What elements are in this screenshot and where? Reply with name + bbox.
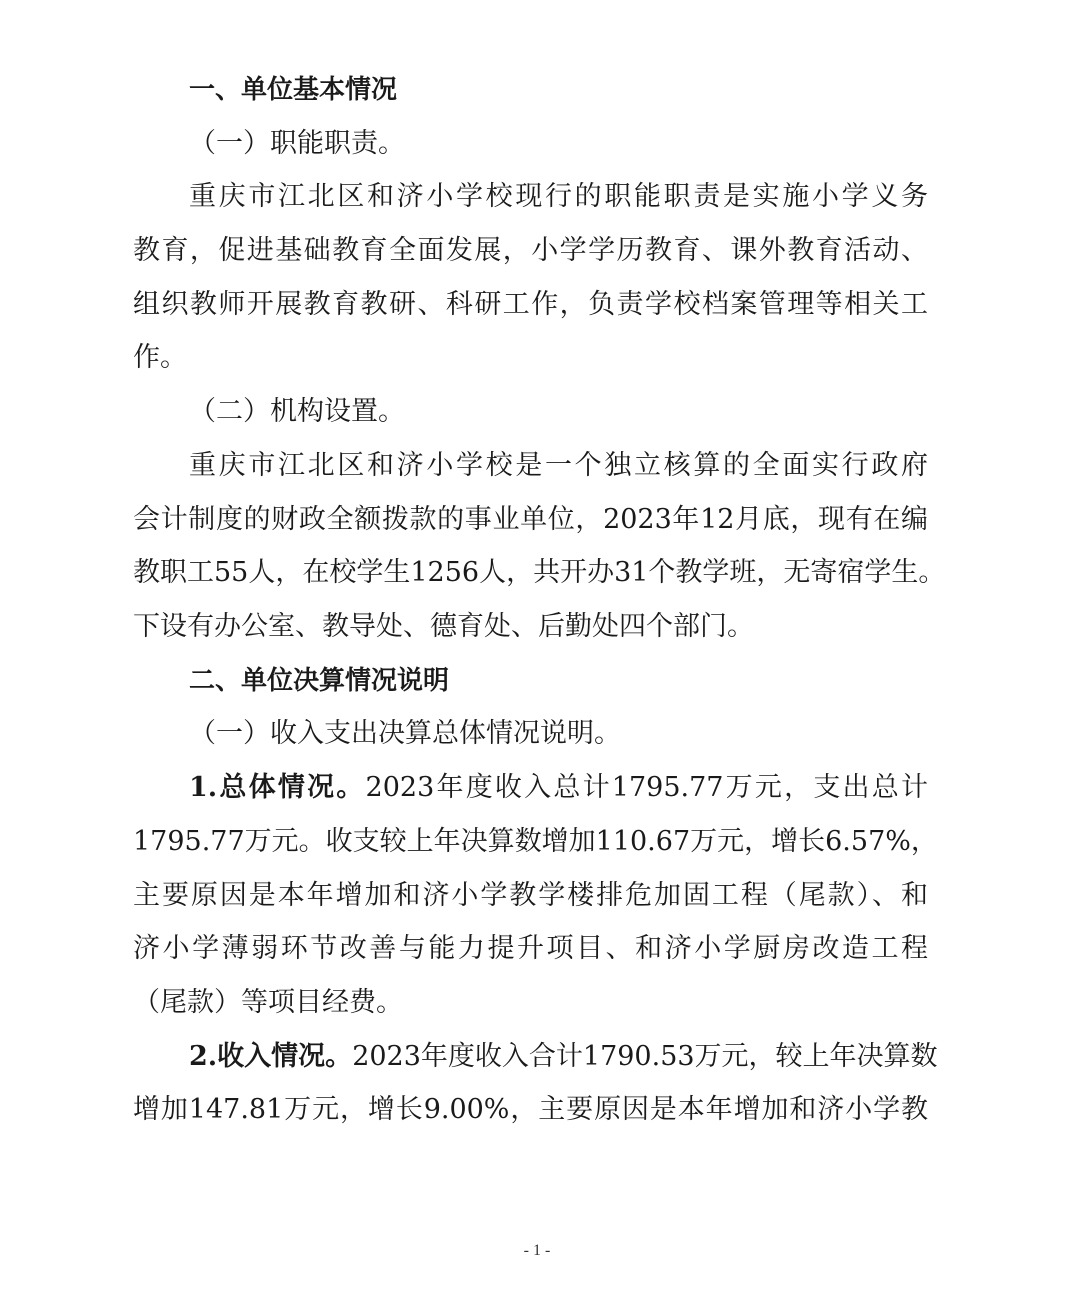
item-text: 2023年度收入总计1795.77万元，支出总计 bbox=[366, 772, 928, 803]
item-text: 2023年度收入合计1790.53万元，较上年决算数 bbox=[352, 1041, 937, 1072]
item-lead-income: 2.收入情况。 bbox=[189, 1041, 352, 1072]
paragraph-line: 济小学薄弱环节改善与能力提升项目、和济小学厨房改造工程 bbox=[133, 929, 928, 969]
subsection-heading-functions: （一）职能职责。 bbox=[133, 124, 928, 164]
section-heading-2: 二、单位决算情况说明 bbox=[133, 661, 928, 701]
item-lead-overall: 1.总体情况。 bbox=[189, 772, 366, 803]
paragraph-line: 教职工55人，在校学生1256人，共开办31个教学班，无寄宿学生。 bbox=[133, 553, 928, 593]
paragraph-line-lead: 2.收入情况。2023年度收入合计1790.53万元，较上年决算数 bbox=[133, 1037, 928, 1077]
subsection-heading-overall: （一）收入支出决算总体情况说明。 bbox=[133, 714, 928, 754]
paragraph-line: 重庆市江北区和济小学校现行的职能职责是实施小学义务 bbox=[133, 177, 928, 217]
subsection-heading-structure: （二）机构设置。 bbox=[133, 392, 928, 432]
paragraph-line: 作。 bbox=[133, 338, 928, 378]
section-heading-1: 一、单位基本情况 bbox=[133, 70, 928, 110]
paragraph-line: 会计制度的财政全额拨款的事业单位，2023年12月底，现有在编 bbox=[133, 500, 928, 540]
paragraph-line-lead: 1.总体情况。2023年度收入总计1795.77万元，支出总计 bbox=[133, 768, 928, 808]
page-number: - 1 - bbox=[0, 1242, 1074, 1260]
paragraph-line: 1795.77万元。收支较上年决算数增加110.67万元，增长6.57%， bbox=[133, 822, 928, 862]
paragraph-line: 增加147.81万元，增长9.00%，主要原因是本年增加和济小学教 bbox=[133, 1090, 928, 1130]
paragraph-line: 重庆市江北区和济小学校是一个独立核算的全面实行政府 bbox=[133, 446, 928, 486]
paragraph-line: 下设有办公室、教导处、德育处、后勤处四个部门。 bbox=[133, 607, 928, 647]
paragraph-line: （尾款）等项目经费。 bbox=[133, 983, 928, 1023]
paragraph-line: 组织教师开展教育教研、科研工作，负责学校档案管理等相关工 bbox=[133, 285, 928, 325]
paragraph-line: 主要原因是本年增加和济小学教学楼排危加固工程（尾款）、和 bbox=[133, 876, 928, 916]
paragraph-line: 教育，促进基础教育全面发展，小学学历教育、课外教育活动、 bbox=[133, 231, 928, 271]
